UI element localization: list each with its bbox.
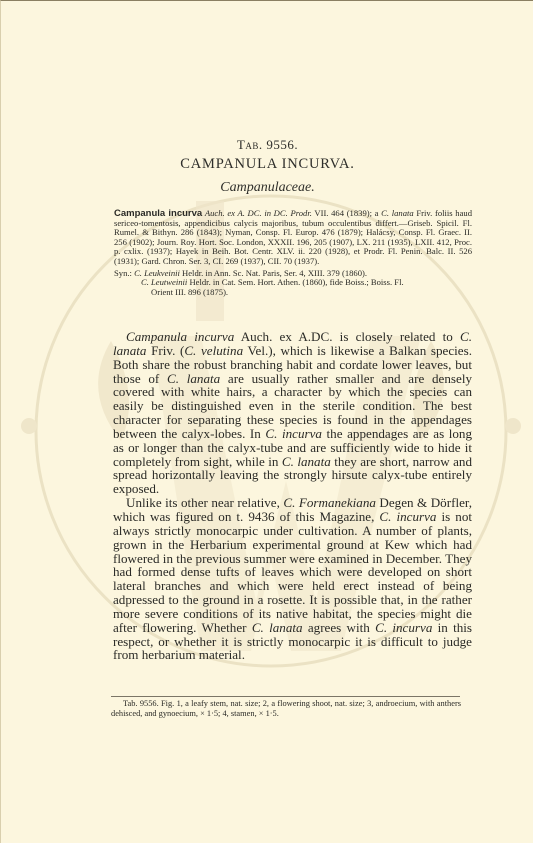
main-text: Campanula incurva Auch. ex A.DC. is clos…	[113, 330, 472, 662]
citation-main: Campanula incurva Auch. ex A. DC. in DC.…	[114, 209, 472, 267]
citation-ref: VII. 464 (1839); a	[312, 208, 381, 218]
caption-divider	[111, 696, 460, 697]
italic-taxon: Campanula incurva	[126, 329, 234, 344]
paragraph-1: Campanula incurva Auch. ex A.DC. is clos…	[113, 330, 472, 496]
synonym-2-name: C. Leutweinii	[141, 277, 187, 287]
italic-taxon: C. incurva	[375, 620, 432, 635]
plate-number: Tab. 9556.	[1, 137, 533, 153]
species-title: CAMPANULA INCURVA.	[1, 156, 533, 173]
family-name: Campanulaceae.	[1, 180, 533, 196]
synonym-2-ref: Heldr. in Cat. Sem. Hort. Athen. (1860),…	[187, 277, 403, 287]
paragraph-2: Unlike its other near relative, C. Forma…	[113, 496, 472, 662]
text-run: is not always strictly monocarpic under …	[113, 509, 472, 635]
text-run: Auch. ex A.DC. is closely related to	[234, 329, 460, 344]
italic-taxon: C. lanata	[282, 454, 331, 469]
italic-taxon: C. incurva	[379, 509, 436, 524]
italic-taxon: C. lanata	[252, 620, 303, 635]
caption-text: Tab. 9556. Fig. 1, a leafy stem, nat. si…	[111, 699, 461, 719]
citation-lanata: C. lanata	[381, 208, 414, 218]
document-page: Tab. 9556. CAMPANULA INCURVA. Campanulac…	[0, 0, 533, 843]
italic-taxon: C. Formanekiana	[283, 495, 376, 510]
synonym-1-ref: Heldr. in Ann. Sc. Nat. Paris, Ser. 4, X…	[180, 268, 367, 278]
synonym-line-3: Orient III. 896 (1875).	[114, 288, 472, 298]
synonym-1-name: C. Leukveinii	[134, 268, 180, 278]
citation-references: Friv. foliis haud sericeo-tomentosis, ap…	[114, 208, 472, 266]
text-run: Friv. (	[146, 343, 184, 358]
citation-block: Campanula incurva Auch. ex A. DC. in DC.…	[114, 209, 472, 297]
italic-taxon: C. velutina	[184, 343, 243, 358]
plate-caption: Tab. 9556. Fig. 1, a leafy stem, nat. si…	[111, 699, 461, 719]
synonym-label: Syn.:	[114, 268, 134, 278]
italic-taxon: C. incurva	[265, 426, 322, 441]
citation-authority: Auch. ex A. DC. in DC. Prodr.	[205, 208, 312, 218]
text-run: agrees with	[303, 620, 376, 635]
text-run: Unlike its other near relative,	[126, 495, 283, 510]
italic-taxon: C. lanata	[167, 371, 220, 386]
